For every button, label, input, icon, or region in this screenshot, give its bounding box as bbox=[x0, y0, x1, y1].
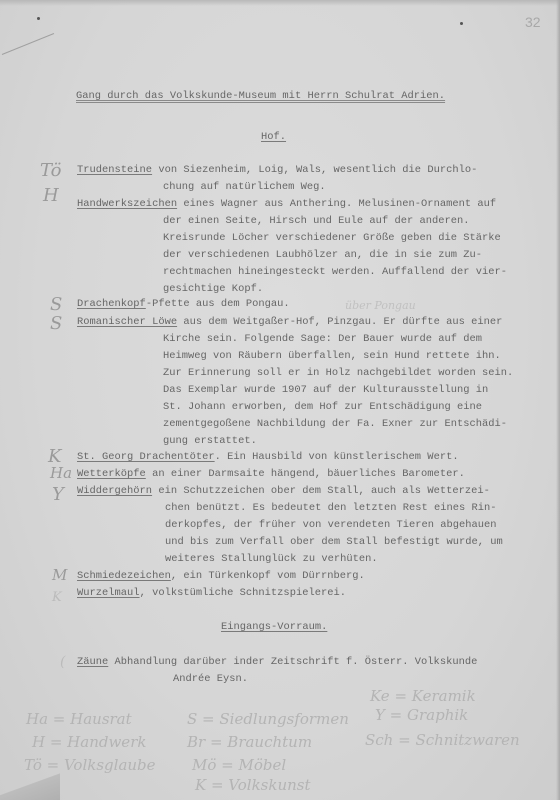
punch-hole-mark bbox=[37, 17, 40, 20]
paper-crease bbox=[2, 33, 54, 55]
handwritten-legend-item: S = Siedlungsformen bbox=[187, 710, 349, 728]
handwritten-legend-item: Ha = Hausrat bbox=[26, 710, 132, 728]
entry-line: der verschiedenen Laubhölzer an, die in … bbox=[163, 249, 482, 261]
document-page: 32 Gang durch das Volkskunde-Museum mit … bbox=[0, 0, 560, 800]
margin-note: K bbox=[52, 590, 62, 605]
entry-line: und bis zum Verfall ober dem Stall befes… bbox=[165, 536, 503, 548]
entry-term: Handwerkszeichen bbox=[77, 198, 177, 210]
entry-line: Zur Erinnerung soll er in Holz nachgebil… bbox=[163, 367, 513, 379]
entry-term: Drachenkopf bbox=[77, 298, 146, 310]
right-edge-shadow bbox=[556, 0, 560, 800]
entry-term: St. Georg Drachentöter bbox=[77, 451, 215, 463]
margin-note: S bbox=[50, 313, 62, 334]
entry-wurzelmaul: Wurzelmaul, volkstümliche Schnitzspieler… bbox=[77, 587, 346, 599]
margin-note: ( bbox=[60, 654, 65, 670]
handwritten-legend-item: Mö = Möbel bbox=[192, 756, 286, 774]
handwritten-legend-item: Br = Brauchtum bbox=[187, 733, 312, 751]
entry-term: Schmiedezeichen bbox=[77, 570, 171, 582]
entry-line: rechtmachen hineingesteckt werden. Auffa… bbox=[163, 266, 507, 278]
entry-wetterkoepfe: Wetterköpfe an einer Darmsaite hängend, … bbox=[77, 468, 465, 480]
entry-term: Romanischer Löwe bbox=[77, 316, 177, 328]
entry-line: Das Exemplar wurde 1907 auf der Kulturau… bbox=[163, 384, 488, 396]
handwritten-legend-item: Y = Graphik bbox=[375, 706, 468, 724]
margin-note: Y bbox=[52, 484, 64, 505]
entry-line: Kreisrunde Löcher verschiedener Größe ge… bbox=[163, 232, 501, 244]
margin-note: H bbox=[43, 185, 59, 206]
entry-term: Widdergehörn bbox=[77, 485, 152, 497]
entry-term: Trudensteine bbox=[77, 164, 152, 176]
handwritten-legend-item: Sch = Schnitzwaren bbox=[365, 731, 520, 749]
entry-line: gesichtige Kopf. bbox=[163, 283, 263, 295]
section-heading-hof: Hof. bbox=[261, 131, 286, 143]
entry-line: Kirche sein. Folgende Sage: Der Bauer wu… bbox=[163, 333, 482, 345]
entry-st-georg: St. Georg Drachentöter. Ein Hausbild von… bbox=[77, 451, 459, 463]
entry-drachenkopf: Drachenkopf-Pfette aus dem Pongau. bbox=[77, 298, 290, 310]
entry-handwerkszeichen: Handwerkszeichen eines Wagner aus Anther… bbox=[77, 198, 496, 210]
entry-line: St. Johann erworben, dem Hof zur Entschä… bbox=[163, 401, 482, 413]
handwritten-legend-item: H = Handwerk bbox=[32, 733, 146, 751]
entry-line: weiteres Stallunglück zu verhüten. bbox=[165, 553, 378, 565]
entry-zaeune: Zäune Abhandlung darüber inder Zeitschri… bbox=[77, 656, 477, 668]
entry-line: der einen Seite, Hirsch und Eule auf der… bbox=[163, 215, 470, 227]
entry-term: Wurzelmaul bbox=[77, 587, 140, 599]
handwritten-legend-item: K = Volkskunst bbox=[195, 776, 311, 794]
margin-note: Ha bbox=[50, 464, 72, 482]
section-heading-eingangs-vorraum: Eingangs-Vorraum. bbox=[221, 621, 327, 633]
punch-hole-mark bbox=[460, 22, 463, 25]
entry-term: Wetterköpfe bbox=[77, 468, 146, 480]
handwritten-legend-item: Ke = Keramik bbox=[370, 687, 476, 705]
entry-line: zementgegoßene Nachbildung der Fa. Exner… bbox=[163, 418, 507, 430]
entry-line: gung erstattet. bbox=[163, 435, 257, 447]
page-number: 32 bbox=[525, 14, 541, 30]
entry-line: derkopfes, der früher von verendeten Tie… bbox=[165, 519, 497, 531]
top-edge-shadow bbox=[0, 0, 560, 6]
margin-note: M bbox=[52, 566, 67, 584]
entry-widdergehoern: Widdergehörn ein Schutzzeichen ober dem … bbox=[77, 485, 490, 497]
entry-line: Andrée Eysn. bbox=[173, 673, 248, 685]
entry-line: chen benützt. Es bedeutet den letzten Re… bbox=[165, 502, 497, 514]
entry-schmiedezeichen: Schmiedezeichen, ein Türkenkopf vom Dürr… bbox=[77, 570, 365, 582]
entry-line: chung auf natürlichem Weg. bbox=[163, 181, 326, 193]
handwritten-legend-item: Tö = Volksglaube bbox=[24, 756, 156, 774]
entry-term: Zäune bbox=[77, 656, 108, 668]
margin-note: Tö bbox=[40, 160, 61, 181]
entry-trudensteine: Trudensteine von Siezenheim, Loig, Wals,… bbox=[77, 164, 477, 176]
margin-note: S bbox=[50, 294, 62, 315]
handwritten-annotation: über Pongau bbox=[345, 299, 416, 312]
entry-line: Heimweg von Räubern überfallen, sein Hun… bbox=[163, 350, 501, 362]
entry-romanischer-loewe: Romanischer Löwe aus dem Weitgaßer-Hof, … bbox=[77, 316, 502, 328]
document-title: Gang durch das Volkskunde-Museum mit Her… bbox=[76, 90, 445, 102]
